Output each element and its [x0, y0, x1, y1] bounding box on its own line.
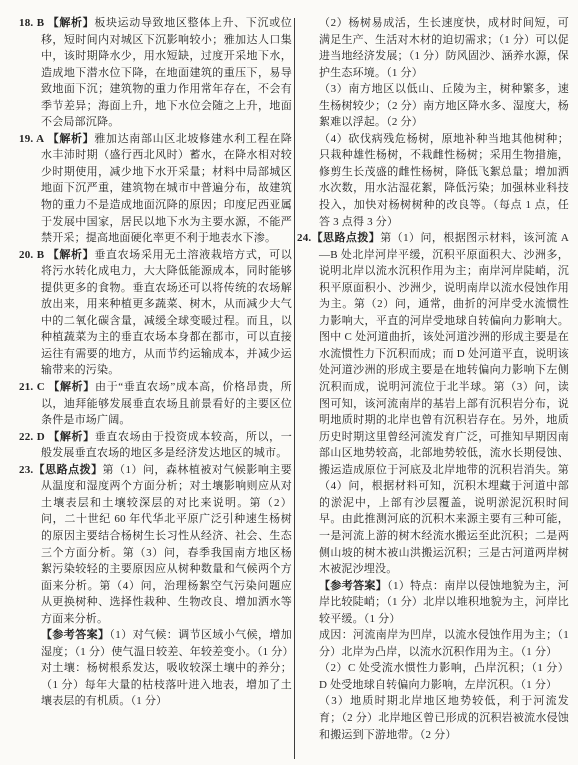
answer-sheet-page: 18. B 【解析】板块运动导致地区整体上升、下沉或位移，短时间内对城区下沉影响… [0, 0, 578, 765]
explanation-text: 板块运动导致地区整体上升、下沉或位移，短时间内对城区下沉影响较小；雅加达人口集中… [41, 17, 292, 128]
section-tag-jiexi: 【解析】 [48, 133, 95, 145]
right-column: （2）杨树易成活，生长速度快，成材时间短，可满足生产、生活对木材的迫切需求；（1… [297, 15, 569, 765]
answer-item-24-reference-cause: 成因：河流南岸为凹岸，以流水侵蚀作用为主；（1 分）北岸为凸岸，以流水沉积作用为… [297, 627, 569, 660]
analysis-text: 第（1）问，根据图示材料，该河流 A—B 处北岸河岸平缓，沉积平原面积大、沙洲多… [319, 232, 569, 575]
answer-item-19: 19. A 【解析】雅加达南部山区北坡修建水利工程在降水丰沛时期（盛行西北风时）… [19, 131, 292, 247]
answer-item-23-part3: （3）南方地区以低山、丘陵为主，树种繁多，速生杨树较少；（2 分）南方地区降水多… [297, 81, 569, 131]
answer-item-18: 18. B 【解析】板块运动导致地区整体上升、下沉或位移，短时间内对城区下沉影响… [19, 15, 292, 131]
answer-item-24-reference: 【参考答案】（1）特点：南岸以侵蚀地貌为主，河岸比较陡峭；（1 分）北岸以堆积地… [297, 578, 569, 628]
reference-answer-text: （2）C 处受流水惯性力影响，凸岸沉积；（1 分）D 处受地球自转偏向力影响，左… [319, 662, 569, 691]
explanation-text: 垂直农场采用无土溶液栽培方式，可以将污水转化成电力，大大降低能源成本，同时能够提… [41, 249, 292, 377]
answer-item-23-reference: 【参考答案】（1）对气候：调节区域小气候，增加湿度；（1 分）使气温日较差、年较… [19, 627, 292, 660]
left-column: 18. B 【解析】板块运动导致地区整体上升、下沉或位移，短时间内对城区下沉影响… [19, 15, 292, 765]
question-number: 23. [19, 464, 33, 476]
question-number: 22. D [19, 431, 45, 443]
reference-answer-text: （3）地质时期北岸地区地势较低，利于河流发育；（2 分）北岸地区曾已形成的沉积岩… [319, 695, 569, 740]
question-number: 21. C [19, 381, 45, 393]
reference-answer-text: 对土壤：杨树根系发达，吸收较深土壤中的养分；（1 分）每年大量的枯枝落叶进入地表… [41, 662, 292, 707]
question-number: 20. B [19, 249, 44, 261]
section-tag-silu: 【思路点拨】 [311, 232, 380, 244]
reference-answer-text: （3）南方地区以低山、丘陵为主，树种繁多，速生杨树较少；（2 分）南方地区降水多… [319, 83, 569, 128]
section-tag-jiexi: 【解析】 [48, 381, 95, 393]
column-divider-rule [294, 18, 295, 759]
answer-item-23-part2: （2）杨树易成活，生长速度快，成材时间短，可满足生产、生活对木材的迫切需求；（1… [297, 15, 569, 81]
answer-item-21: 21. C 【解析】由于“垂直农场”成本高，价格昂贵，所以，迪拜能够发展垂直农场… [19, 379, 292, 429]
section-tag-jiexi: 【解析】 [48, 431, 95, 443]
section-tag-jiexi: 【解析】 [48, 17, 95, 29]
section-tag-cankao: 【参考答案】 [319, 580, 387, 592]
answer-item-20: 20. B 【解析】垂直农场采用无土溶液栽培方式，可以将污水转化成电力，大大降低… [19, 247, 292, 379]
analysis-text: 第（1）问，森林植被对气候影响主要从温度和湿度两个方面分析；对土壤影响则应从对土… [41, 464, 292, 625]
answer-item-24-part2: （2）C 处受流水惯性力影响，凸岸沉积；（1 分）D 处受地球自转偏向力影响，左… [297, 660, 569, 693]
section-tag-jiexi: 【解析】 [48, 249, 95, 261]
answer-item-22: 22. D 【解析】垂直农场由于投资成本较高，所以，一般发展垂直农场的地区多是经… [19, 429, 292, 462]
answer-item-24: 24.【思路点拨】第（1）问，根据图示材料，该河流 A—B 处北岸河岸平缓，沉积… [297, 230, 569, 577]
reference-answer-text: 成因：河流南岸为凹岸，以流水侵蚀作用为主；（1 分）北岸为凸岸，以流水沉积作用为… [319, 629, 569, 658]
section-tag-silu: 【思路点拨】 [33, 464, 102, 476]
answer-item-23-reference-continued: 对土壤：杨树根系发达，吸收较深土壤中的养分；（1 分）每年大量的枯枝落叶进入地表… [19, 660, 292, 710]
answer-item-23: 23.【思路点拨】第（1）问，森林植被对气候影响主要从温度和湿度两个方面分析；对… [19, 462, 292, 627]
question-number: 18. B [19, 17, 44, 29]
section-tag-cankao: 【参考答案】 [41, 629, 109, 641]
question-number: 24. [297, 232, 311, 244]
reference-answer-text: （4）砍伐病残危杨树，原地补种当地其他树种；只栽种雄性杨树，不栽雌性杨树；采用生… [319, 133, 569, 228]
answer-item-23-part4: （4）砍伐病残危杨树，原地补种当地其他树种；只栽种雄性杨树，不栽雌性杨树；采用生… [297, 131, 569, 230]
reference-answer-text: （2）杨树易成活，生长速度快，成材时间短，可满足生产、生活对木材的迫切需求；（1… [319, 17, 569, 79]
question-number: 19. A [19, 133, 44, 145]
explanation-text: 雅加达南部山区北坡修建水利工程在降水丰沛时期（盛行西北风时）蓄水，在降水相对较少… [41, 133, 292, 244]
answer-item-24-part3: （3）地质时期北岸地区地势较低，利于河流发育；（2 分）北岸地区曾已形成的沉积岩… [297, 693, 569, 743]
